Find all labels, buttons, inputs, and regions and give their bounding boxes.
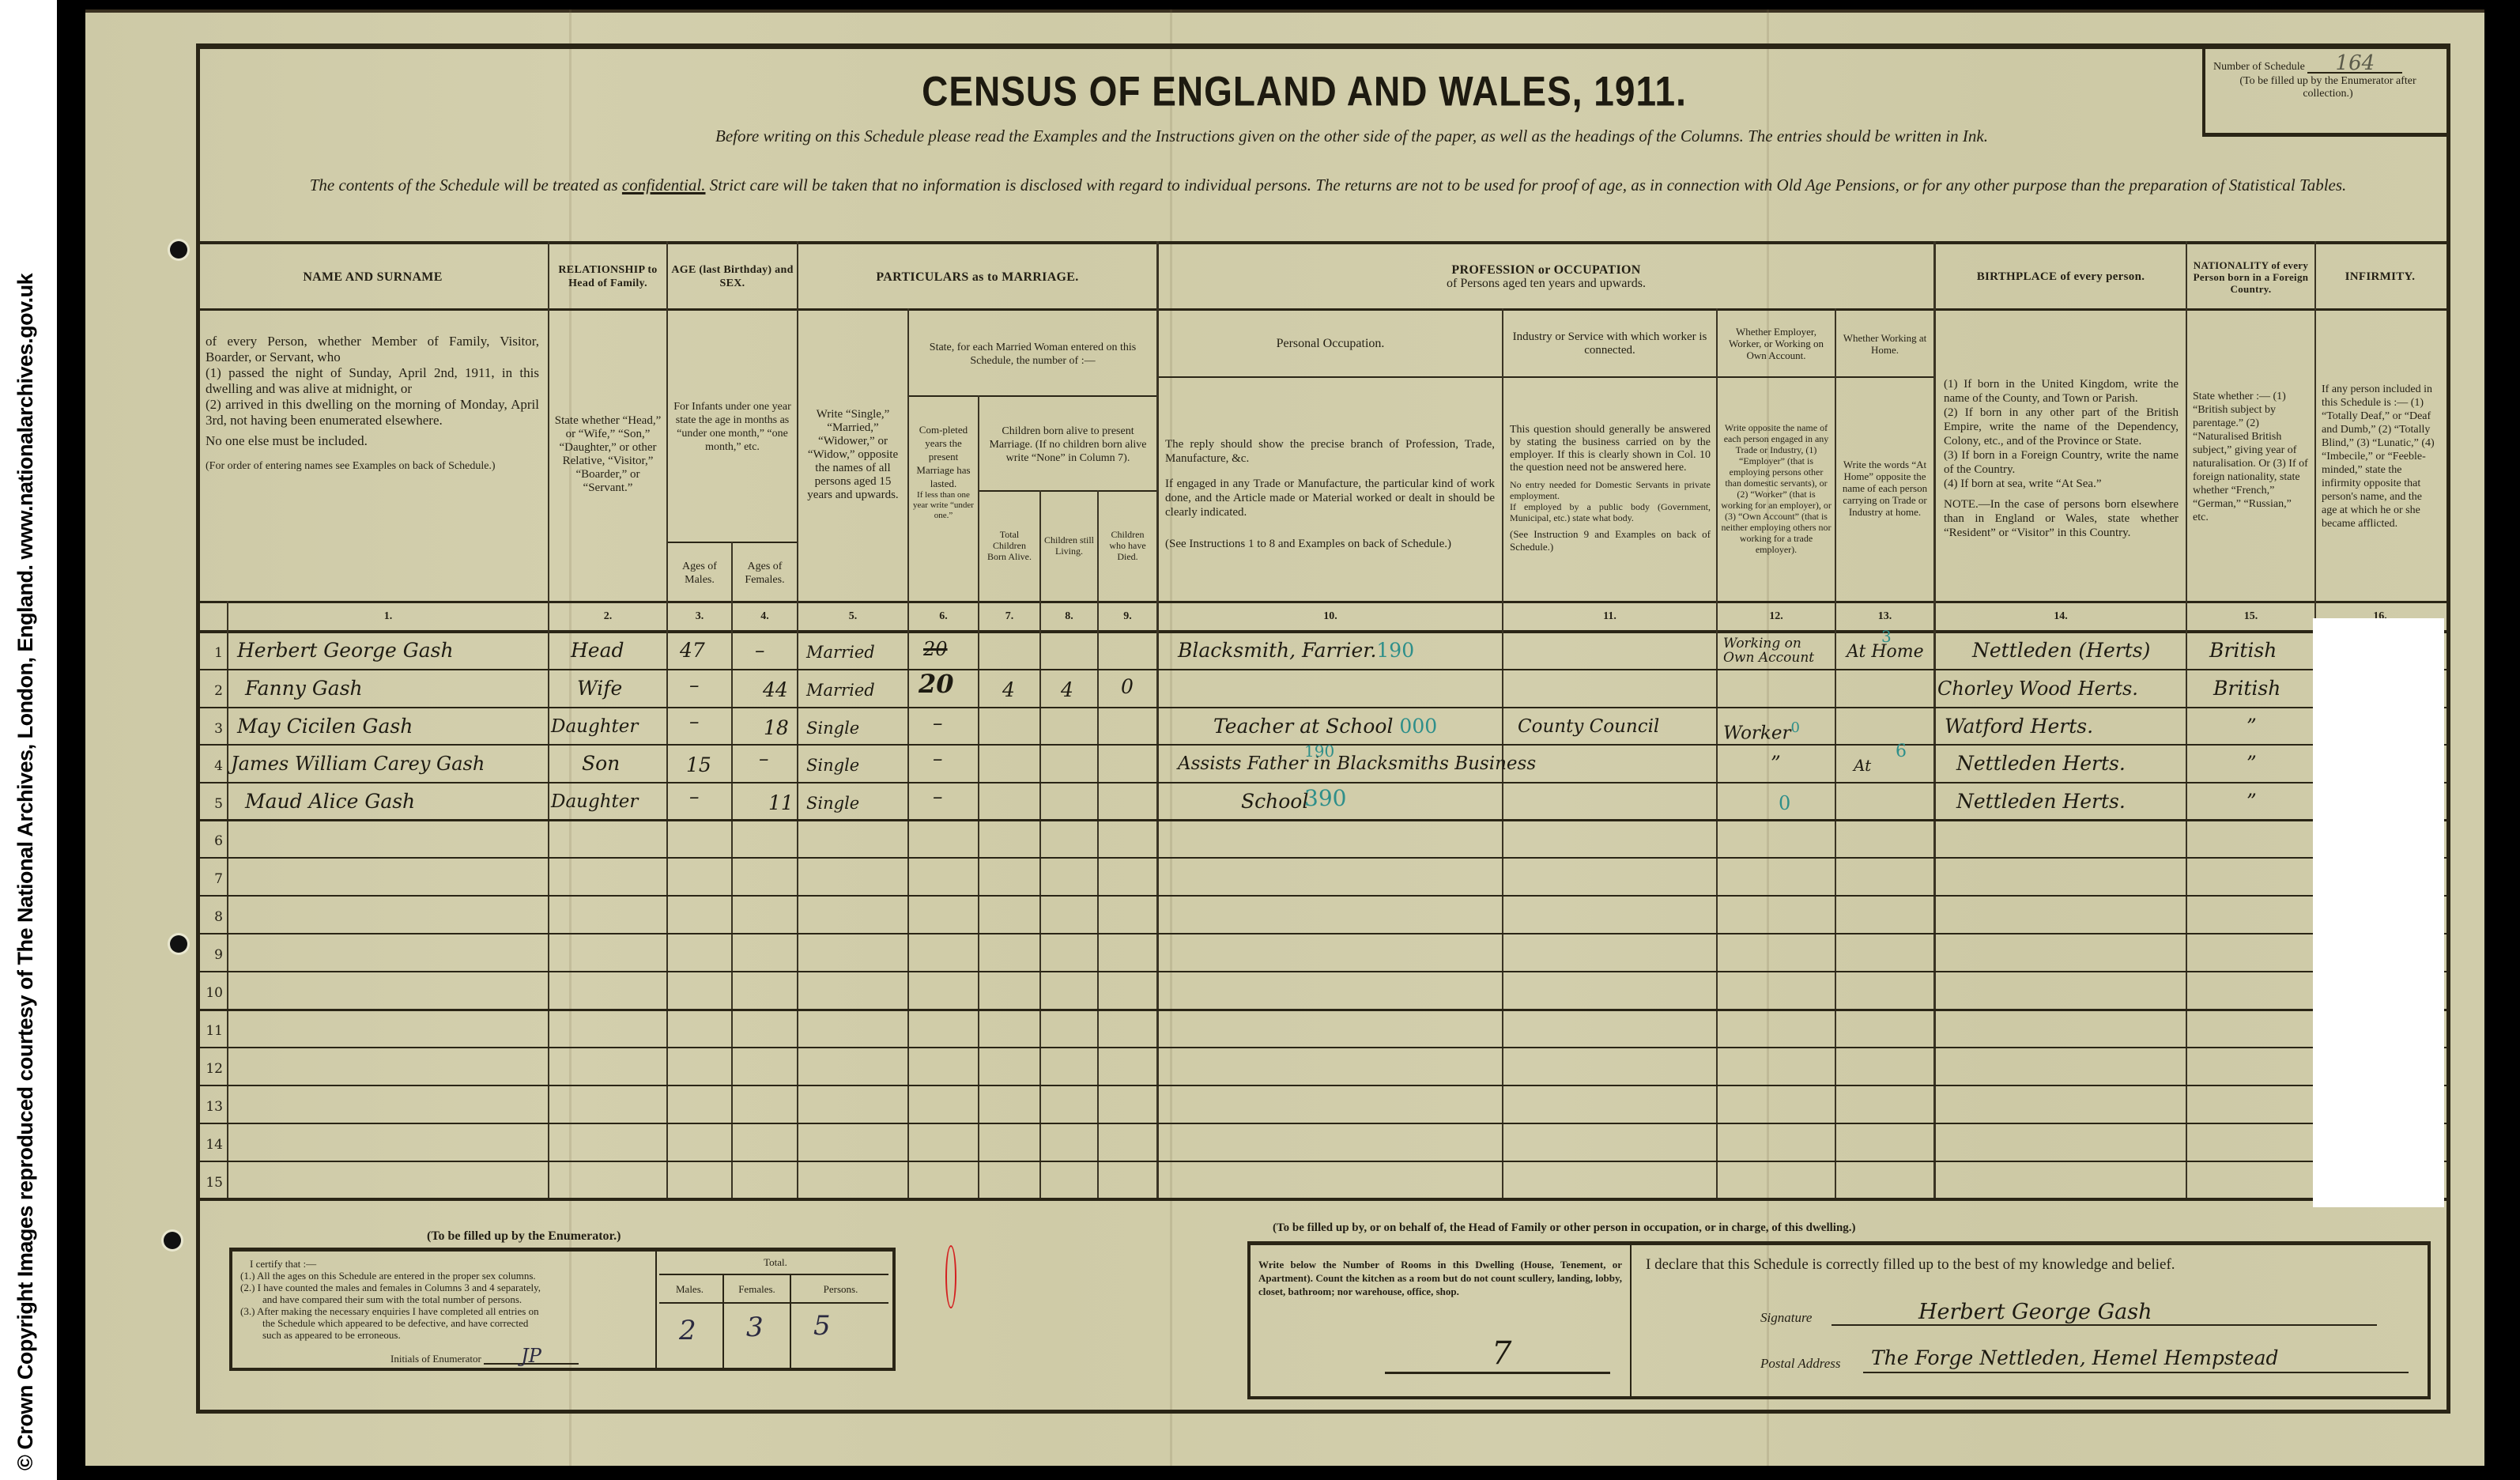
row-number: 15	[196, 1175, 228, 1191]
col-number-2: 2.	[549, 601, 666, 632]
col-marriage-children-desc: Children born alive to present Marriage.…	[979, 399, 1156, 490]
entry-birthplace: Nettleden (Herts)	[1972, 639, 2150, 663]
total-females: 3	[746, 1312, 764, 1343]
entry-condition: Single	[806, 716, 859, 740]
punch-hole	[170, 935, 187, 953]
instruction-line: Before writing on this Schedule please r…	[443, 126, 2261, 146]
row-number: 9	[196, 947, 228, 963]
entry-occupation: Blacksmith, Farrier.190	[1178, 639, 1414, 663]
row-number: 11	[196, 1023, 228, 1039]
col-marriage-title: PARTICULARS as to MARRIAGE.	[798, 245, 1156, 308]
col-employer-title: Whether Employer, Worker, or Working on …	[1718, 311, 1835, 376]
col-birthplace-desc-3: (3) If born in a Foreign Country, write …	[1944, 448, 2179, 477]
certify-item-3: (3.) After making the necessary enquirie…	[240, 1305, 651, 1317]
col-nationality-title: NATIONALITY of every Person born in a Fo…	[2187, 245, 2314, 308]
entry-occupation-code: 000	[1399, 715, 1437, 738]
col-home-desc: Write the words “At Home” opposite the n…	[1836, 379, 1933, 597]
entry-relationship: Son	[582, 752, 620, 776]
occupier-declaration-box: Write below the Number of Rooms in this …	[1247, 1241, 2431, 1399]
entry-relationship: Daughter	[551, 790, 638, 814]
col-number-12: 12.	[1718, 601, 1835, 632]
col-name-desc-5: (For order of entering names see Example…	[206, 459, 496, 474]
entry-age-female: –	[759, 747, 769, 771]
entry-occupation-code: 390	[1304, 787, 1346, 810]
row-number: 13	[196, 1099, 228, 1115]
entry-birthplace: Watford Herts.	[1945, 715, 2093, 738]
entry-age-male: –	[689, 785, 700, 809]
entry-children-living: 4	[1061, 678, 1073, 702]
col-marriage-years-note: If less than one year write “under one.”	[912, 490, 975, 521]
entry-age-male: 47	[680, 639, 705, 663]
occupier-heading: (To be filled up by, or on behalf of, th…	[1273, 1221, 1856, 1235]
col-relationship-title: RELATIONSHIP to Head of Family.	[549, 245, 666, 308]
row-number: 10	[196, 985, 228, 1001]
entry-age-female: 44	[763, 678, 788, 702]
entry-marriage-years-struck: 20	[923, 637, 948, 661]
col-profession-subtitle: of Persons aged ten years and upwards.	[1447, 277, 1646, 290]
col-nationality-desc: State whether :— (1) “British subject by…	[2190, 316, 2313, 597]
schedule-number-label: Number of Schedule	[2213, 61, 2305, 74]
entry-marriage-years: –	[933, 712, 943, 735]
certify-label: I certify that :—	[240, 1258, 651, 1270]
entry-name: Herbert George Gash	[237, 639, 454, 663]
col-personal-occupation-title: Personal Occupation.	[1159, 311, 1502, 376]
entry-occupation-code: 190	[1304, 739, 1334, 763]
entry-name: James William Carey Gash	[231, 752, 485, 776]
entry-home-code: 6	[1896, 740, 1907, 764]
col-infirmity-title: INFIRMITY.	[2316, 245, 2444, 308]
enumerator-certificate-box: I certify that :— (1.) All the ages on t…	[229, 1248, 896, 1371]
col-personal-occupation-desc-1: The reply should show the precise branch…	[1165, 437, 1495, 466]
entry-relationship: Daughter	[551, 715, 638, 738]
row-number: 5	[196, 796, 228, 812]
col-industry-desc: This question should generally be answer…	[1507, 379, 1714, 597]
enumerator-initials: JP	[484, 1349, 579, 1365]
entry-occupation-text: Teacher at School	[1213, 715, 1393, 738]
certify-item-2: (2.) I have counted the males and female…	[240, 1282, 651, 1293]
col-name-title: NAME AND SURNAME	[198, 245, 548, 308]
entry-at-home: At Home	[1847, 640, 1924, 664]
signature-label: Signature	[1760, 1310, 1812, 1326]
schedule-number-value: 164	[2307, 55, 2402, 74]
certify-item-1: (1.) All the ages on this Schedule are e…	[240, 1270, 651, 1282]
entry-condition: Married	[806, 640, 875, 664]
col-marriage-years: Com-pleted years the present Marriage ha…	[909, 399, 978, 597]
col-marriage-married-woman: State, for each Married Woman entered on…	[909, 313, 1156, 395]
col-industry-desc-4: (See Instruction 9 and Examples on back …	[1510, 528, 1711, 553]
entry-industry: County Council	[1518, 715, 1659, 738]
col-name-desc-3: (2) arrived in this dwelling on the morn…	[206, 397, 539, 429]
col-number-3: 3.	[668, 601, 731, 632]
col-birthplace-desc-4: (4) If born at sea, write “At Sea.”	[1944, 477, 2102, 491]
entry-birthplace: Nettleden Herts.	[1956, 752, 2126, 776]
punch-hole	[170, 241, 187, 259]
col-age-males: Ages of Males.	[668, 546, 731, 601]
col-birthplace-desc-1: (1) If born in the United Kingdom, write…	[1944, 377, 2179, 406]
col-marriage-condition-desc: Write “Single,” “Married,” “Widower,” or…	[798, 316, 907, 593]
col-relationship-desc: State whether “Head,” or “Wife,” “Son,” …	[551, 316, 665, 593]
copyright-notice: © Crown Copyright Images reproduced cour…	[3, 206, 47, 1471]
col-number-6: 6.	[909, 601, 978, 632]
col-number-4: 4.	[733, 601, 797, 632]
col-personal-occupation-desc-2: If engaged in any Trade or Manufacture, …	[1165, 477, 1495, 519]
col-employer-desc: Write opposite the name of each person e…	[1718, 379, 1835, 597]
entry-children-died: 0	[1121, 675, 1134, 699]
entry-at-home: At	[1854, 753, 1871, 777]
col-infirmity-desc: If any person included in this Schedule …	[2318, 316, 2442, 597]
col-number-15: 15.	[2187, 601, 2314, 632]
initials-label: Initials of Enumerator	[390, 1353, 481, 1365]
entry-nationality: ”	[2246, 790, 2257, 814]
row-number: 14	[196, 1137, 228, 1153]
col-personal-occupation-desc-3: (See Instructions 1 to 8 and Examples on…	[1165, 537, 1451, 551]
rooms-count: 7	[1492, 1342, 1511, 1365]
col-profession-title: PROFESSION or OCCUPATION of Persons aged…	[1159, 245, 1933, 308]
entry-condition: Single	[806, 791, 859, 815]
col-number-5: 5.	[798, 601, 907, 632]
entry-age-male: 15	[686, 753, 711, 777]
entry-age-male: –	[689, 674, 700, 697]
col-birthplace-title: BIRTHPLACE of every person.	[1936, 245, 2186, 308]
col-number-10: 10.	[1159, 601, 1502, 632]
col-number-14: 14.	[1936, 601, 2186, 632]
entry-marriage-years: –	[933, 747, 943, 771]
col-name-desc-2: (1) passed the night of Sunday, April 2n…	[206, 365, 539, 397]
col-number-1: 1.	[228, 601, 548, 632]
col-industry-desc-2: No entry needed for Domestic Servants in…	[1510, 479, 1711, 501]
entry-name: Fanny Gash	[245, 677, 363, 700]
row-number: 8	[196, 909, 228, 925]
entry-condition: Single	[806, 753, 859, 777]
col-birthplace-desc: (1) If born in the United Kingdom, write…	[1941, 320, 2182, 597]
initials-row: Initials of Enumerator JP	[240, 1349, 651, 1365]
entry-marriage-years: –	[933, 785, 943, 809]
entry-occupation: Teacher at School 000	[1213, 715, 1437, 738]
signature: Herbert George Gash	[1918, 1301, 2152, 1324]
entry-name: Maud Alice Gash	[245, 790, 415, 814]
col-name-desc-4: No one else must be included.	[206, 433, 368, 449]
col-number-8: 8.	[1041, 601, 1097, 632]
certify-item-2b: and have compared their sum with the tot…	[240, 1293, 651, 1305]
entry-marriage-years: 20	[919, 672, 954, 696]
col-name-desc: of every Person, whether Member of Famil…	[202, 332, 542, 593]
col-personal-occupation-desc: The reply should show the precise branch…	[1162, 395, 1498, 593]
entry-birthplace: Nettleden Herts.	[1956, 790, 2126, 814]
redaction-box	[2313, 618, 2444, 1207]
col-birthplace-note: NOTE.—In the case of persons born elsewh…	[1944, 497, 2179, 540]
certify-item-3c: such as appeared to be erroneous.	[240, 1329, 651, 1341]
confidentiality-notice: The contents of the Schedule will be tre…	[213, 174, 2443, 196]
entry-employment-code: 0	[1779, 791, 1790, 815]
col-number-7: 7.	[979, 601, 1039, 632]
entry-age-male: –	[689, 710, 700, 734]
enumerator-heading: (To be filled up by the Enumerator.)	[427, 1229, 621, 1244]
col-birthplace-desc-2: (2) If born in any other part of the Bri…	[1944, 406, 2179, 448]
row-number: 3	[196, 721, 228, 737]
schedule-number-box: Number of Schedule 164 (To be filled up …	[2202, 43, 2450, 137]
red-check-mark	[945, 1245, 956, 1308]
entry-birthplace: Chorley Wood Herts.	[1937, 677, 2138, 700]
schedule-number-note: (To be filled up by the Enumerator after…	[2213, 75, 2443, 100]
row-number: 1	[196, 645, 228, 661]
postal-address: The Forge Nettleden, Hemel Hempstead	[1871, 1346, 2279, 1370]
entry-nationality: ”	[2246, 752, 2257, 776]
entry-employment-code: 0	[1790, 719, 1799, 736]
entry-nationality: ”	[2246, 715, 2257, 738]
entry-children-total: 4	[1002, 678, 1015, 702]
males-label: Males.	[657, 1283, 722, 1296]
entry-employment-status: ”	[1771, 752, 1781, 776]
col-age-title: AGE (last Birthday) and SEX.	[668, 245, 797, 308]
entry-nationality: British	[2213, 677, 2280, 700]
page-title: CENSUS OF ENGLAND AND WALES, 1911.	[790, 66, 1818, 115]
total-label: Total.	[657, 1256, 894, 1269]
total-persons: 5	[813, 1310, 831, 1342]
declaration-text: I declare that this Schedule is correctl…	[1646, 1256, 2175, 1274]
row-number: 12	[196, 1061, 228, 1077]
col-age-females: Ages of Females.	[733, 546, 797, 601]
persons-label: Persons.	[791, 1283, 890, 1296]
row-number: 6	[196, 833, 228, 849]
entry-occupation: School	[1241, 790, 1308, 814]
entry-age-female: 18	[764, 716, 789, 740]
entry-employment-status: Working on Own Account	[1723, 636, 1834, 665]
entry-relationship: Head	[571, 639, 624, 663]
entry-relationship: Wife	[577, 677, 622, 700]
col-industry-title: Industry or Service with which worker is…	[1503, 311, 1716, 376]
col-marriage-years-label: Com-pleted years the present Marriage ha…	[912, 423, 975, 490]
col-industry-desc-3: If employed by a public body (Government…	[1510, 501, 1711, 523]
col-name-desc-1: of every Person, whether Member of Famil…	[206, 334, 539, 365]
entry-nationality: British	[2209, 639, 2277, 663]
rooms-instruction: Write below the Number of Rooms in this …	[1258, 1258, 1622, 1298]
entry-name: May Cicilen Gash	[237, 715, 413, 738]
col-age-desc: For Infants under one year state the age…	[670, 316, 795, 538]
entry-age-female: 11	[768, 791, 794, 815]
punch-hole	[164, 1232, 181, 1249]
total-males: 2	[679, 1315, 696, 1346]
females-label: Females.	[724, 1283, 790, 1296]
entry-employment-status: Worker0	[1723, 716, 1800, 746]
entry-occupation: Assists Father in Blacksmiths Business	[1178, 752, 1536, 776]
row-number: 4	[196, 758, 228, 774]
entry-condition: Married	[806, 678, 875, 702]
col-profession-title-text: PROFESSION or OCCUPATION	[1451, 263, 1640, 277]
entry-occupation-text: Blacksmith, Farrier.	[1178, 639, 1376, 662]
col-number-11: 11.	[1503, 601, 1716, 632]
certificate-text: I certify that :— (1.) All the ages on t…	[240, 1258, 651, 1365]
col-industry-desc-1: This question should generally be answer…	[1510, 424, 1711, 474]
col-marriage-living: Children still Living.	[1041, 494, 1097, 597]
col-home-title: Whether Working at Home.	[1836, 311, 1933, 376]
row-number: 7	[196, 871, 228, 887]
postal-address-label: Postal Address	[1760, 1356, 1841, 1372]
entry-age-female: –	[755, 639, 765, 663]
col-marriage-total: Total Children Born Alive.	[979, 494, 1039, 597]
col-marriage-died: Children who have Died.	[1099, 494, 1156, 597]
entry-occupation-code: 190	[1376, 639, 1414, 662]
certify-item-3b: the Schedule which appeared to be defect…	[240, 1317, 651, 1329]
col-number-9: 9.	[1099, 601, 1156, 632]
row-number: 2	[196, 683, 228, 699]
entry-employment-text: Worker	[1723, 723, 1790, 744]
